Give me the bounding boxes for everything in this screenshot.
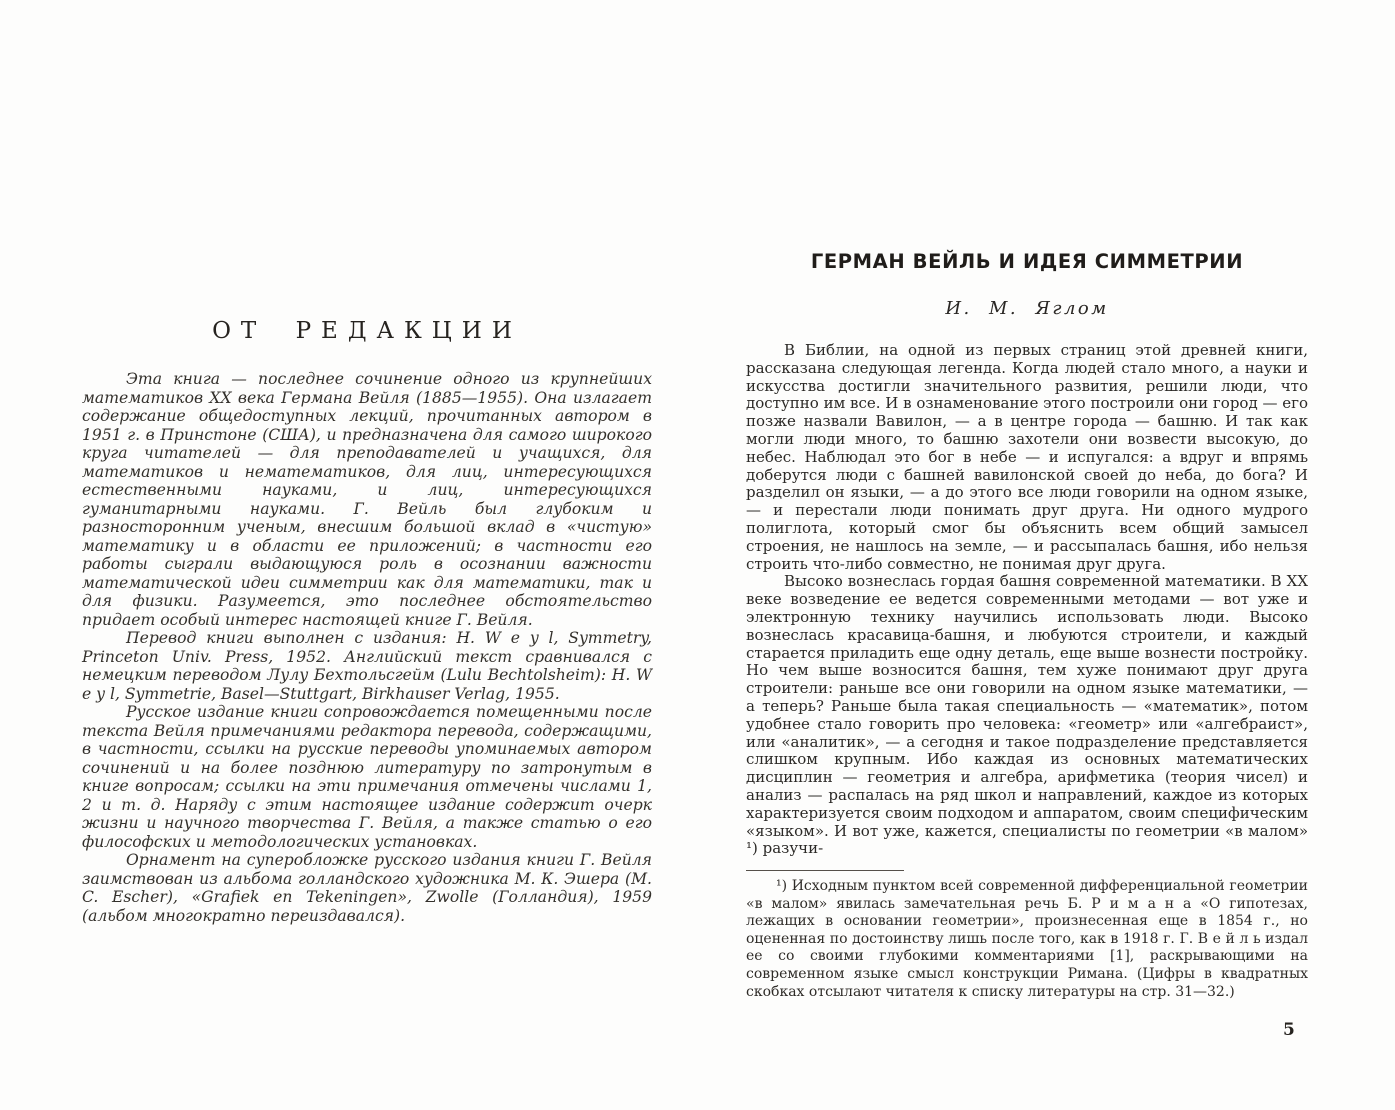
left-paragraph-intro: Эта книга — последнее сочинение одного и… xyxy=(82,370,652,629)
right-page: ГЕРМАН ВЕЙЛЬ И ИДЕЯ СИММЕТРИИ И. М. Ягло… xyxy=(746,250,1308,1001)
left-page: ОТ РЕДАКЦИИ Эта книга — последнее сочине… xyxy=(82,318,652,925)
footnote-divider xyxy=(746,870,904,871)
author-byline: И. М. Яглом xyxy=(746,298,1308,319)
article-title: ГЕРМАН ВЕЙЛЬ И ИДЕЯ СИММЕТРИИ xyxy=(746,250,1308,273)
page-number: 5 xyxy=(1283,1020,1295,1040)
left-page-title: ОТ РЕДАКЦИИ xyxy=(82,318,652,344)
body-paragraph-tower-of-math: Высоко вознеслась гордая башня современн… xyxy=(746,573,1308,858)
left-paragraph-translation-source: Перевод книги выполнен с издания: H. W e… xyxy=(82,629,652,703)
left-paragraph-ornament: Орнамент на суперобложке русского издани… xyxy=(82,851,652,925)
footnote-text: ¹) Исходным пунктом всей современной диф… xyxy=(746,878,1308,1001)
body-paragraph-babel-legend: В Библии, на одной из первых страниц это… xyxy=(746,342,1308,573)
book-spread: ОТ РЕДАКЦИИ Эта книга — последнее сочине… xyxy=(0,0,1395,1110)
left-paragraph-russian-edition: Русское издание книги сопровождается пом… xyxy=(82,703,652,851)
